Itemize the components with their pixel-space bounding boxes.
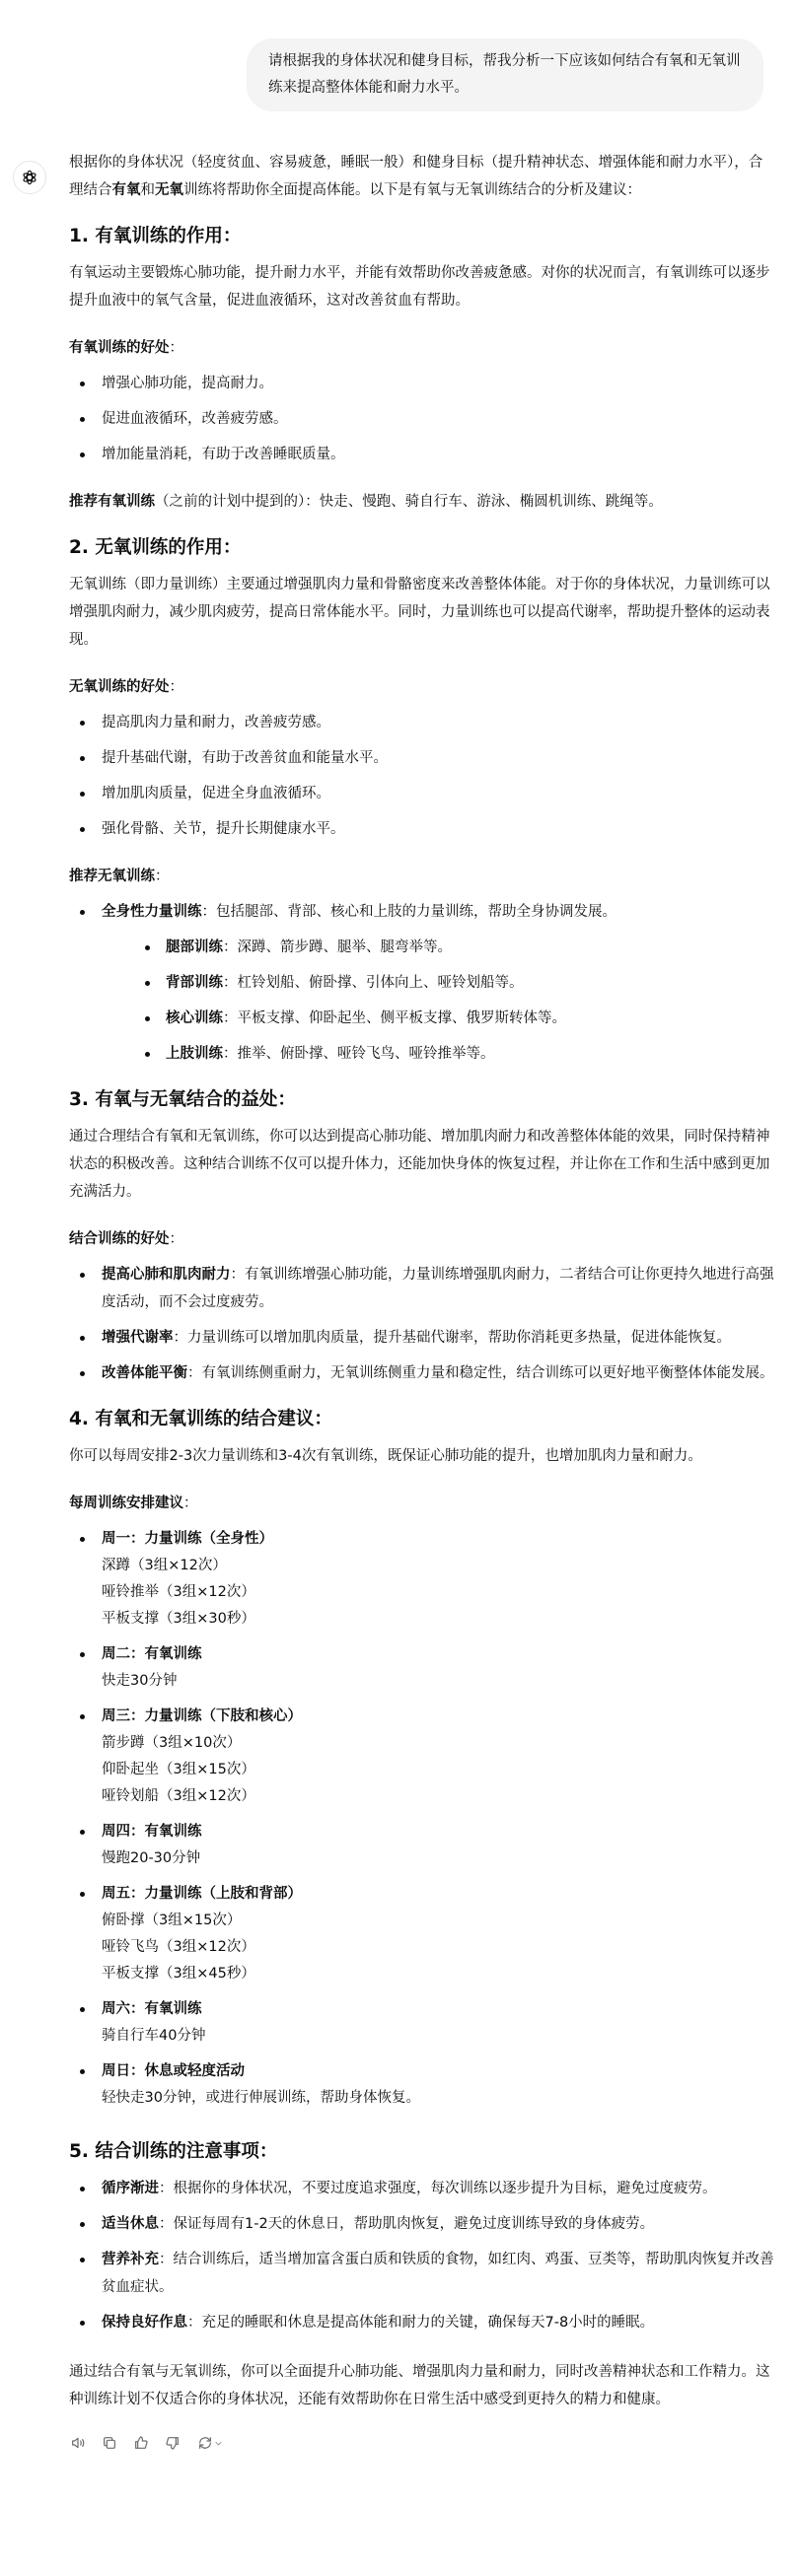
section-heading-1: 1. 有氧训练的作用： [69, 222, 775, 251]
weekly-schedule-label: 每周训练安排建议： [69, 1490, 775, 1517]
weekly-schedule-list: 周一：力量训练（全身性） 深蹲（3组×12次） 哑铃推举（3组×12次） 平板支… [69, 1525, 775, 2112]
exercise-detail: 哑铃划船（3组×12次） [102, 1783, 775, 1810]
assistant-avatar [13, 161, 46, 194]
copy-button[interactable] [101, 2434, 118, 2452]
day-title: 周五：力量训练（上肢和背部） [102, 1880, 775, 1908]
intro-text: 和 [141, 182, 156, 198]
schedule-day-tuesday: 周二：有氧训练 快走30分钟 [69, 1640, 775, 1695]
exercise-detail: 哑铃飞鸟（3组×12次） [102, 1934, 775, 1961]
section-heading-4: 4. 有氧和无氧训练的结合建议： [69, 1405, 775, 1434]
intro-bold-aerobic: 有氧 [112, 182, 141, 198]
list-item: 提升基础代谢，有助于改善贫血和能量水平。 [69, 744, 775, 772]
nested-list-item: 背部训练：杠铃划船、俯卧撑、引体向上、哑铃划船等。 [134, 969, 775, 997]
list-item: 提高肌肉力量和耐力，改善疲劳感。 [69, 709, 775, 736]
aerobic-benefits-label: 有氧训练的好处： [69, 334, 775, 362]
exercise-detail: 俯卧撑（3组×15次） [102, 1908, 775, 1934]
exercise-detail: 哑铃推举（3组×12次） [102, 1579, 775, 1606]
day-title: 周日：休息或轻度活动 [102, 2057, 775, 2085]
user-message-row: 请根据我的身体状况和健身目标，帮我分析一下应该如何结合有氧和无氧训练来提高整体体… [0, 0, 797, 111]
assistant-message: 根据你的身体状况（轻度贫血、容易疲惫，睡眠一般）和健身目标（提升精神状态、增强体… [0, 149, 797, 2453]
list-item: 增强代谢率：力量训练可以增加肌肉质量，提升基础代谢率，帮助你消耗更多热量，促进体… [69, 1324, 775, 1352]
list-item: 增加能量消耗，有助于改善睡眠质量。 [69, 441, 775, 468]
exercise-detail: 快走30分钟 [102, 1668, 775, 1695]
regenerate-button[interactable] [195, 2434, 225, 2452]
closing-paragraph: 通过结合有氧与无氧训练，你可以全面提升心肺功能、增强肌肉力量和耐力，同时改善精神… [69, 2358, 775, 2413]
user-message-bubble: 请根据我的身体状况和健身目标，帮我分析一下应该如何结合有氧和无氧训练来提高整体体… [247, 38, 763, 111]
list-item: 全身性力量训练：包括腿部、背部、核心和上肢的力量训练，帮助全身协调发展。 腿部训… [69, 898, 775, 1068]
thumbs-down-button[interactable] [164, 2434, 181, 2452]
aerobic-benefits-list: 增强心肺功能，提高耐力。 促进血液循环，改善疲劳感。 增加能量消耗，有助于改善睡… [69, 370, 775, 468]
list-item: 强化骨骼、关节，提升长期健康水平。 [69, 815, 775, 843]
combined-benefits-label: 结合训练的好处： [69, 1225, 775, 1253]
read-aloud-icon [70, 2435, 86, 2451]
thumbs-up-icon [133, 2435, 149, 2451]
list-item: 改善体能平衡：有氧训练侧重耐力，无氧训练侧重力量和稳定性，结合训练可以更好地平衡… [69, 1359, 775, 1387]
intro-paragraph: 根据你的身体状况（轻度贫血、容易疲惫，睡眠一般）和健身目标（提升精神状态、增强体… [69, 149, 775, 204]
openai-logo-icon [20, 168, 39, 187]
list-item: 促进血液循环，改善疲劳感。 [69, 405, 775, 433]
schedule-day-thursday: 周四：有氧训练 慢跑20-30分钟 [69, 1818, 775, 1872]
aerobic-recommendation: 推荐有氧训练（之前的计划中提到的）：快走、慢跑、骑自行车、游泳、椭圆机训练、跳绳… [69, 488, 775, 516]
thumbs-up-button[interactable] [132, 2434, 150, 2452]
chevron-down-icon [214, 2439, 223, 2448]
list-item: 提高心肺和肌肉耐力：有氧训练增强心肺功能，力量训练增强肌肉耐力，二者结合可让你更… [69, 1261, 775, 1316]
schedule-day-saturday: 周六：有氧训练 骑自行车40分钟 [69, 1995, 775, 2050]
read-aloud-button[interactable] [69, 2434, 87, 2452]
section-4-paragraph: 你可以每周安排2-3次力量训练和3-4次有氧训练，既保证心肺功能的提升，也增加肌… [69, 1442, 775, 1470]
section-2-paragraph: 无氧训练（即力量训练）主要通过增强肌肉力量和骨骼密度来改善整体体能。对于你的身体… [69, 571, 775, 654]
nested-list-item: 腿部训练：深蹲、箭步蹲、腿举、腿弯举等。 [134, 934, 775, 961]
section-heading-5: 5. 结合训练的注意事项： [69, 2137, 775, 2167]
list-item: 营养补充：结合训练后，适当增加富含蛋白质和铁质的食物，如红肉、鸡蛋、豆类等，帮助… [69, 2246, 775, 2301]
anaerobic-benefits-label: 无氧训练的好处： [69, 673, 775, 701]
day-title: 周三：力量训练（下肢和核心） [102, 1703, 775, 1730]
exercise-detail: 骑自行车40分钟 [102, 2023, 775, 2050]
combined-benefits-list: 提高心肺和肌肉耐力：有氧训练增强心肺功能，力量训练增强肌肉耐力，二者结合可让你更… [69, 1261, 775, 1387]
list-item: 适当休息：保证每周有1-2天的休息日，帮助肌肉恢复，避免过度训练导致的身体疲劳。 [69, 2210, 775, 2238]
anaerobic-recommend-list: 全身性力量训练：包括腿部、背部、核心和上肢的力量训练，帮助全身协调发展。 腿部训… [69, 898, 775, 1068]
list-item: 增强心肺功能，提高耐力。 [69, 370, 775, 397]
nested-list-item: 核心训练：平板支撑、仰卧起坐、侧平板支撑、俄罗斯转体等。 [134, 1005, 775, 1032]
thumbs-down-icon [165, 2435, 181, 2451]
tips-list: 循序渐进：根据你的身体状况，不要过度追求强度，每次训练以逐步提升为目标，避免过度… [69, 2175, 775, 2336]
schedule-day-sunday: 周日：休息或轻度活动 轻快走30分钟，或进行伸展训练，帮助身体恢复。 [69, 2057, 775, 2112]
day-title: 周六：有氧训练 [102, 1995, 775, 2023]
exercise-detail: 平板支撑（3组×45秒） [102, 1961, 775, 1987]
section-heading-3: 3. 有氧与无氧结合的益处： [69, 1085, 775, 1115]
schedule-day-monday: 周一：力量训练（全身性） 深蹲（3组×12次） 哑铃推举（3组×12次） 平板支… [69, 1525, 775, 1633]
intro-bold-anaerobic: 无氧 [155, 182, 183, 198]
anaerobic-benefits-list: 提高肌肉力量和耐力，改善疲劳感。 提升基础代谢，有助于改善贫血和能量水平。 增加… [69, 709, 775, 843]
intro-text: 训练将帮助你全面提高体能。以下是有氧与无氧训练结合的分析及建议： [183, 182, 641, 198]
exercise-detail: 箭步蹲（3组×10次） [102, 1730, 775, 1757]
section-3-paragraph: 通过合理结合有氧和无氧训练，你可以达到提高心肺功能、增加肌肉耐力和改善整体体能的… [69, 1123, 775, 1206]
regenerate-icon [197, 2435, 213, 2451]
copy-icon [102, 2435, 117, 2451]
section-1-paragraph: 有氧运动主要锻炼心肺功能，提升耐力水平，并能有效帮助你改善疲惫感。对你的状况而言… [69, 259, 775, 314]
day-title: 周二：有氧训练 [102, 1640, 775, 1668]
schedule-day-wednesday: 周三：力量训练（下肢和核心） 箭步蹲（3组×10次） 仰卧起坐（3组×15次） … [69, 1703, 775, 1810]
exercise-detail: 深蹲（3组×12次） [102, 1553, 775, 1579]
list-item: 增加肌肉质量，促进全身血液循环。 [69, 780, 775, 807]
day-title: 周四：有氧训练 [102, 1818, 775, 1845]
exercise-detail: 平板支撑（3组×30秒） [102, 1606, 775, 1633]
schedule-day-friday: 周五：力量训练（上肢和背部） 俯卧撑（3组×15次） 哑铃飞鸟（3组×12次） … [69, 1880, 775, 1987]
nested-list-item: 上肢训练：推举、俯卧撑、哑铃飞鸟、哑铃推举等。 [134, 1040, 775, 1068]
exercise-detail: 慢跑20-30分钟 [102, 1845, 775, 1872]
anaerobic-recommend-label: 推荐无氧训练： [69, 863, 775, 890]
nested-list: 腿部训练：深蹲、箭步蹲、腿举、腿弯举等。 背部训练：杠铃划船、俯卧撑、引体向上、… [102, 934, 775, 1068]
message-actions [69, 2433, 775, 2453]
exercise-detail: 轻快走30分钟，或进行伸展训练，帮助身体恢复。 [102, 2085, 775, 2112]
section-heading-2: 2. 无氧训练的作用： [69, 533, 775, 563]
day-title: 周一：力量训练（全身性） [102, 1525, 775, 1553]
list-item: 保持良好作息：充足的睡眠和休息是提高体能和耐力的关键，确保每天7-8小时的睡眠。 [69, 2309, 775, 2336]
list-item: 循序渐进：根据你的身体状况，不要过度追求强度，每次训练以逐步提升为目标，避免过度… [69, 2175, 775, 2202]
exercise-detail: 仰卧起坐（3组×15次） [102, 1757, 775, 1783]
